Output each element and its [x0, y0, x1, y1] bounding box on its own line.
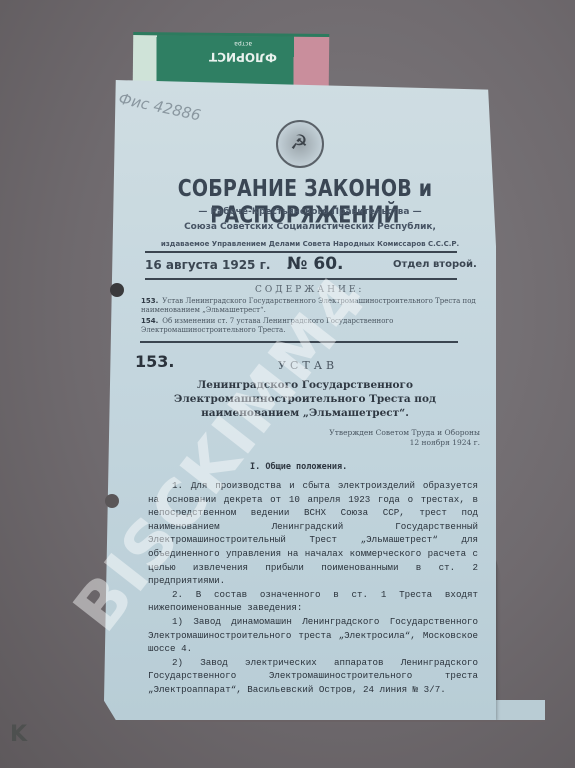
punch-hole: [105, 494, 119, 508]
section-title: I. Общие положения.: [250, 462, 347, 472]
article-number: 153.: [135, 352, 174, 371]
issue-date: 16 августа 1925 г.: [145, 258, 270, 272]
ussr-emblem-icon: ☭: [276, 120, 324, 168]
bookmark-title: ФЛОРИСТ: [203, 50, 283, 65]
divider: [145, 278, 457, 280]
florist-bookmark: ФЛОРИСТ астра: [133, 32, 330, 87]
approval-note: Утвержден Советом Труда и Обороны 12 ноя…: [320, 428, 480, 448]
contents-item-number: 153.: [141, 297, 158, 305]
paragraph: 1) Завод динамомашин Ленинградского Госу…: [148, 615, 478, 656]
department: Отдел второй.: [393, 259, 477, 270]
publication-subtitle-3: издаваемое Управлением Делами Совета Нар…: [150, 240, 470, 248]
paragraph: 2) Завод электрических аппаратов Ленингр…: [148, 656, 478, 697]
publication-title: СОБРАНИЕ ЗАКОНОВ и РАСПОРЯЖЕНИЙ: [150, 176, 460, 229]
punch-hole: [110, 283, 124, 297]
publication-subtitle-2: Союза Советских Социалистических Республ…: [160, 222, 460, 232]
contents-item-number: 154.: [141, 317, 158, 325]
paragraph: 2. В состав означенного в ст. 1 Треста в…: [148, 588, 478, 615]
corner-watermark: K: [10, 722, 28, 747]
publication-subtitle-1: — Рабоче-Крестьянского Правительства —: [180, 207, 440, 217]
bookmark-subtitle: астра: [228, 40, 258, 47]
divider: [145, 251, 457, 253]
